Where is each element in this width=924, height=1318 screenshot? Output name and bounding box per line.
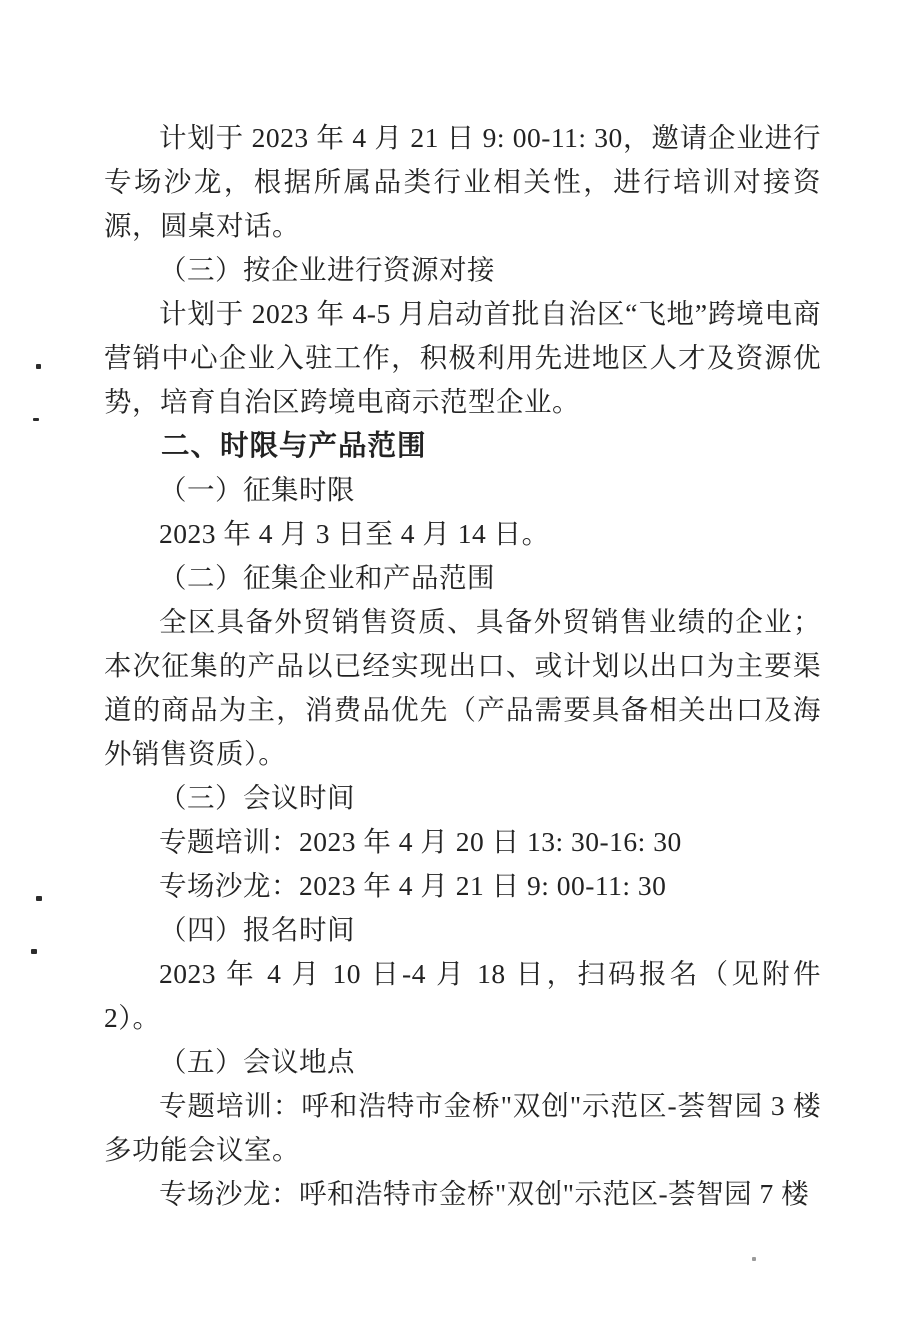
scan-artifact-dot — [33, 418, 39, 421]
section-heading-time-and-product-scope: 二、时限与产品范围 — [104, 424, 821, 468]
document-body: 计划于 2023 年 4 月 21 日 9: 00-11: 30，邀请企业进行专… — [104, 116, 821, 1216]
paragraph-training-location: 专题培训：呼和浩特市金桥"双创"示范区-荟智园 3 楼多功能会议室。 — [104, 1084, 821, 1172]
paragraph-collection-period-dates: 2023 年 4 月 3 日至 4 月 14 日。 — [104, 512, 821, 556]
paragraph-training-session-time: 专题培训：2023 年 4 月 20 日 13: 30-16: 30 — [104, 820, 821, 864]
subheading-enterprise-product-scope: （二）征集企业和产品范围 — [104, 556, 821, 600]
paragraph-salon-session-time: 专场沙龙：2023 年 4 月 21 日 9: 00-11: 30 — [104, 864, 821, 908]
paragraph-enterprise-product-scope: 全区具备外贸销售资质、具备外贸销售业绩的企业；本次征集的产品以已经实现出口、或计… — [104, 600, 821, 776]
paragraph-salon-plan: 计划于 2023 年 4 月 21 日 9: 00-11: 30，邀请企业进行专… — [104, 116, 821, 248]
paragraph-feidi-enterprise-plan: 计划于 2023 年 4-5 月启动首批自治区“飞地”跨境电商营销中心企业入驻工… — [104, 292, 821, 424]
scan-artifact-dot — [36, 896, 42, 901]
subheading-registration-time: （四）报名时间 — [104, 908, 821, 952]
subheading-collection-period: （一）征集时限 — [104, 468, 821, 512]
subheading-resource-matching: （三）按企业进行资源对接 — [104, 248, 821, 292]
paragraph-registration-period: 2023 年 4 月 10 日-4 月 18 日，扫码报名（见附件 2）。 — [104, 952, 821, 1040]
scan-artifact-dot — [36, 364, 41, 369]
scan-artifact-dot — [752, 1257, 756, 1261]
subheading-meeting-location: （五）会议地点 — [104, 1040, 821, 1084]
subheading-meeting-time: （三）会议时间 — [104, 776, 821, 820]
scan-artifact-dot — [31, 949, 37, 954]
paragraph-salon-location: 专场沙龙：呼和浩特市金桥"双创"示范区-荟智园 7 楼 — [104, 1172, 821, 1216]
scanned-document-page: 计划于 2023 年 4 月 21 日 9: 00-11: 30，邀请企业进行专… — [0, 0, 924, 1318]
